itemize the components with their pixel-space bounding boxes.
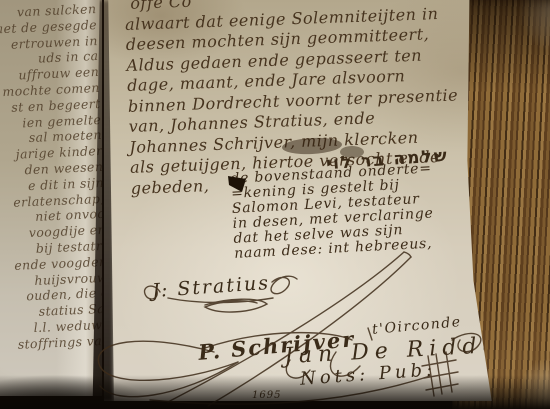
attestation-oirconde: t'Oirconde	[371, 314, 462, 338]
signature-stratius: J: Stratius	[151, 272, 270, 302]
left-page: van sulcken aet de gesegde ertrouwen in …	[0, 0, 102, 396]
right-page: offe Co alwaart dat eenige Solemniteijte…	[104, 0, 510, 401]
manuscript-line: stoffrings vall	[0, 332, 102, 355]
left-page-text: van sulcken aet de gesegde ertrouwen in …	[0, 1, 102, 355]
bottom-shadow	[0, 375, 550, 409]
marginal-note: de bovenstaand onderte= =kening is geste…	[230, 161, 436, 261]
manuscript-photo: van sulcken aet de gesegde ertrouwen in …	[0, 0, 550, 409]
